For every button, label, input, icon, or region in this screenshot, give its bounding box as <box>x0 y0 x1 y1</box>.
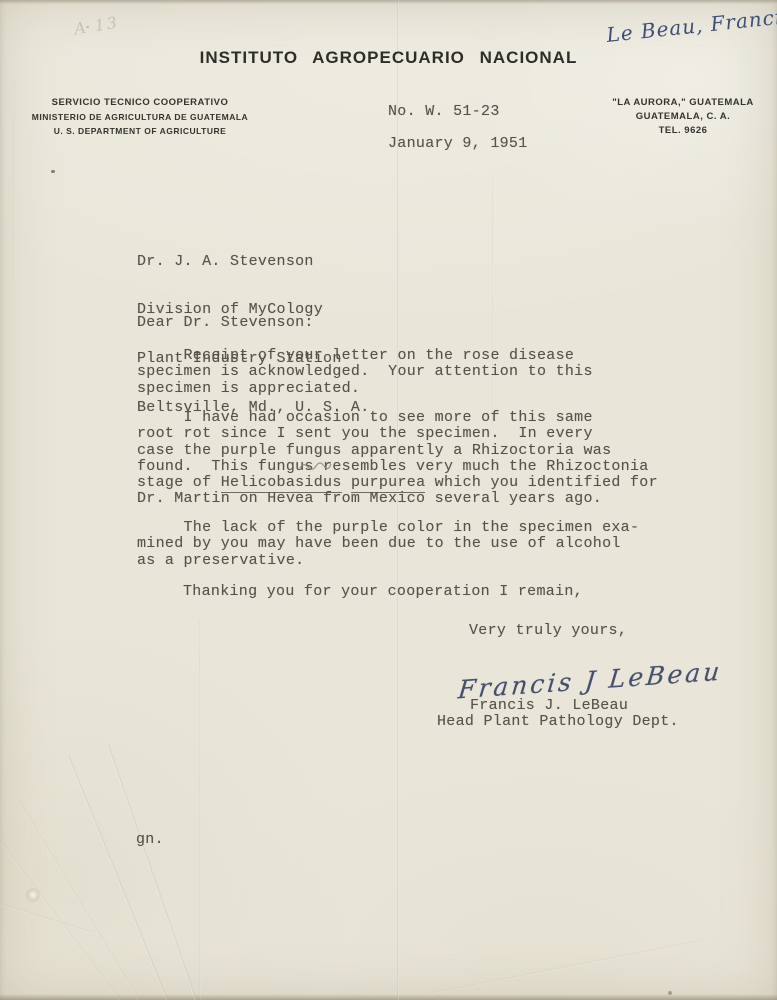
scan-edge-top <box>0 0 777 4</box>
crease-diagonal-bottom-right <box>428 940 703 995</box>
closing-line: Thanking you for your cooperation I rema… <box>183 584 583 600</box>
paragraph-2-space <box>342 474 351 491</box>
signature-typed-name: Francis J. LeBeau <box>470 698 628 714</box>
pencil-correction-squiggle <box>298 461 334 471</box>
paragraph-2: I have had occasion to see more of this … <box>137 410 658 508</box>
typist-initials: gn. <box>136 832 164 848</box>
letterhead-title: INSTITUTO AGROPECUARIO NACIONAL <box>0 48 777 68</box>
crease-knot <box>26 888 40 902</box>
valediction: Very truly yours, <box>469 623 627 639</box>
letterhead-right-block: "LA AURORA," GUATEMALA GUATEMALA, C. A. … <box>598 96 768 138</box>
date-line: January 9, 1951 <box>388 136 528 152</box>
letterhead-left-line: SERVICIO TECNICO COOPERATIVO <box>28 96 252 110</box>
crease-diagonal <box>0 902 92 933</box>
recipient-line: Dr. J. A. Stevenson <box>137 254 370 270</box>
letterhead-right-line: "LA AURORA," GUATEMALA <box>598 96 768 110</box>
ink-dot <box>86 26 89 28</box>
paragraph-3: The lack of the purple color in the spec… <box>137 520 639 569</box>
letterhead-left-line: MINISTERIO DE AGRICULTURA DE GUATEMALA <box>28 110 252 124</box>
fold-crease-vertical <box>13 120 15 280</box>
signature-title: Head Plant Pathology Dept. <box>437 714 679 730</box>
pencil-mark: A 13 <box>73 13 120 39</box>
letterhead-right-line: GUATEMALA, C. A. <box>598 110 768 124</box>
ink-dot <box>51 170 55 173</box>
salutation: Dear Dr. Stevenson: <box>137 315 314 331</box>
ink-dot <box>668 991 672 995</box>
letterhead-right-line: TEL. 9626 <box>598 124 768 138</box>
handwritten-name-note: Le Beau, Francis. J <box>605 1 777 47</box>
paragraph-1: Receipt of your letter on the rose disea… <box>137 348 593 397</box>
letterhead-left-block: SERVICIO TECNICO COOPERATIVO MINISTERIO … <box>28 96 252 138</box>
crease-diagonal <box>0 832 121 1000</box>
fold-crease-vertical <box>199 620 201 1000</box>
letterhead-left-line: U. S. DEPARTMENT OF AGRICULTURE <box>28 124 252 138</box>
reference-number: No. W. 51-23 <box>388 104 500 120</box>
letter-scan: Le Beau, Francis. J A 13 INSTITUTO AGROP… <box>0 0 777 1000</box>
